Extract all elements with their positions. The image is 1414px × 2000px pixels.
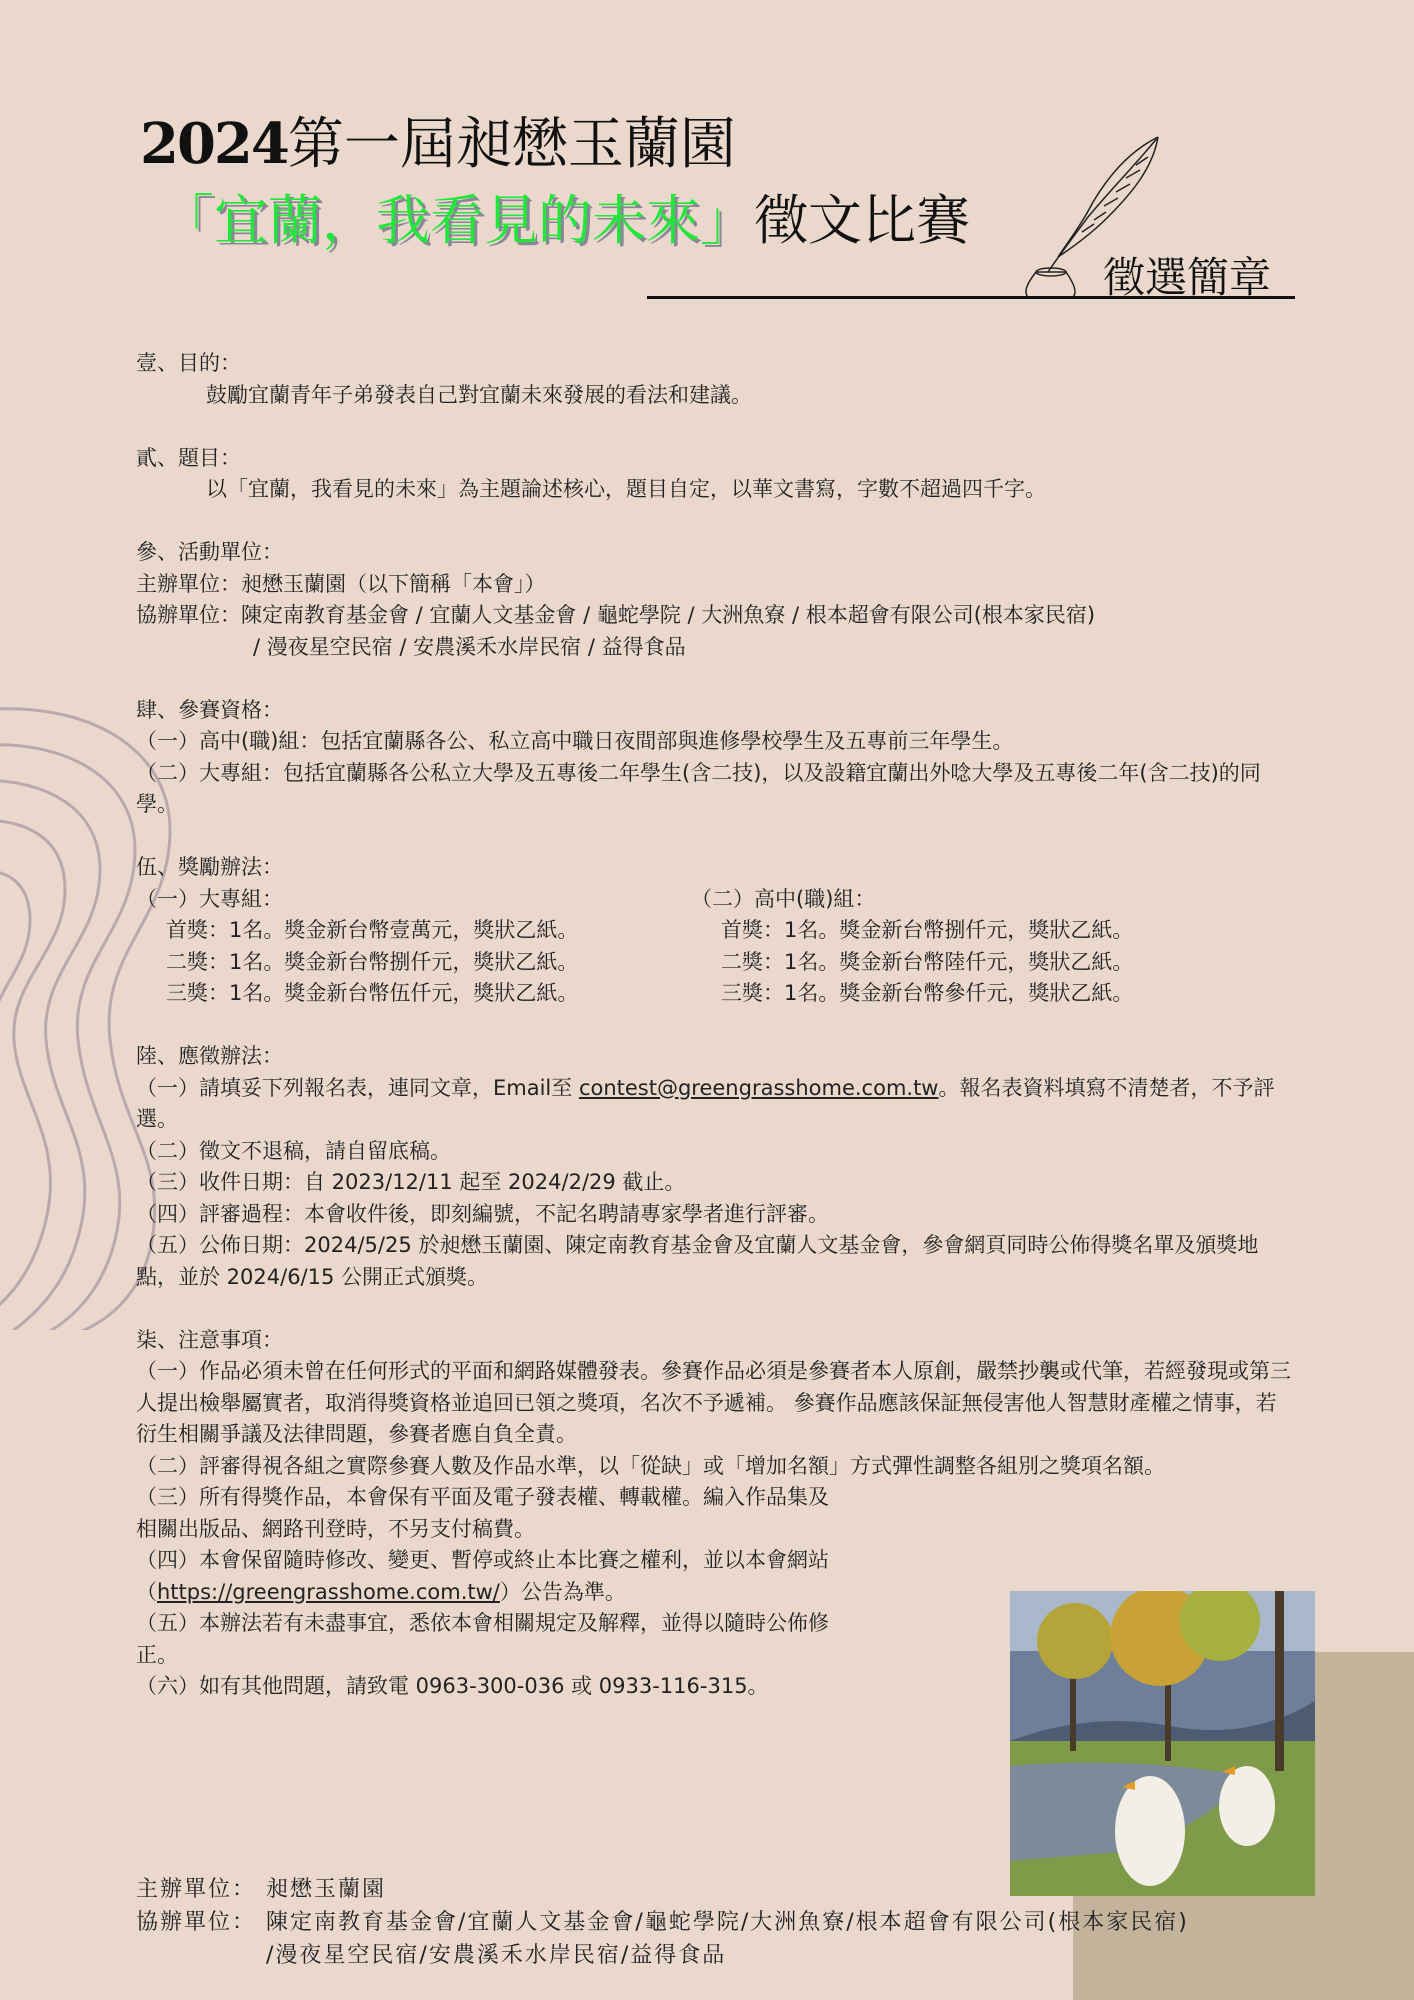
section-text: 鼓勵宜蘭青年子弟發表自己對宜蘭未來發展的看法和建議。 <box>136 380 1296 412</box>
notice-item-cont: 正。 <box>136 1640 926 1672</box>
notice-text: （ <box>136 1580 157 1604</box>
header-divider <box>647 296 1295 299</box>
footer-organizer-row: 主辦單位： 昶懋玉蘭園 <box>136 1873 1189 1906</box>
eligibility-item: （一）高中(職)組：包括宜蘭縣各公、私立高中職日夜間部與進修學校學生及五專前三年… <box>136 726 1296 758</box>
section-heading: 參、活動單位： <box>136 537 1296 569</box>
section-heading: 伍、獎勵辦法： <box>136 852 1296 884</box>
application-text: （一）請填妥下列報名表，連同文章，Email至 <box>136 1076 579 1100</box>
notice-item-cont: 相關出版品、網路刊登時，不另支付稿費。 <box>136 1514 926 1546</box>
prize-item: 首獎：1名。獎金新台幣捌仟元，獎狀乙紙。 <box>691 915 1246 947</box>
theme-title: 「宜蘭，我看見的未來」 <box>160 189 754 252</box>
page-title: 2024第一屆昶懋玉蘭園 <box>140 100 736 180</box>
notice-item: （一）作品必須未曾在任何形式的平面和網路媒體發表。參賽作品必須是參賽者本人原創，… <box>136 1356 1296 1451</box>
document-body: 壹、目的： 鼓勵宜蘭青年子弟發表自己對宜蘭未來發展的看法和建議。 貳、題目： 以… <box>136 348 1296 1703</box>
title-year: 2024 <box>140 111 288 177</box>
section-heading: 肆、參賽資格： <box>136 695 1296 727</box>
prize-item: 二獎：1名。獎金新台幣捌仟元，獎狀乙紙。 <box>136 947 691 979</box>
footer-co-organizer-label: 協辦單位： <box>136 1906 266 1939</box>
application-item: （一）請填妥下列報名表，連同文章，Email至 contest@greengra… <box>136 1073 1296 1136</box>
prize-group-highschool: （二）高中(職)組： 首獎：1名。獎金新台幣捌仟元，獎狀乙紙。 二獎：1名。獎金… <box>691 884 1246 1010</box>
footer-co-organizer-row: 協辦單位： 陳定南教育基金會/宜蘭人文基金會/龜蛇學院/大洲魚寮/根本超會有限公… <box>136 1906 1189 1939</box>
prize-group-label: （一）大專組： <box>136 884 691 916</box>
footer-co-organizer-names: 陳定南教育基金會/宜蘭人文基金會/龜蛇學院/大洲魚寮/根本超會有限公司(根本家民… <box>266 1906 1189 1939</box>
contest-label: 徵文比賽 <box>754 189 970 252</box>
section-heading: 陸、應徵辦法： <box>136 1041 1296 1073</box>
notice-item: （二）評審得視各組之實際參賽人數及作品水準，以「從缺」或「增加名額」方式彈性調整… <box>136 1451 1296 1483</box>
footer-co-organizer-names-cont: /漫夜星空民宿/安農溪禾水岸民宿/益得食品 <box>266 1939 726 1972</box>
prize-table: （一）大專組： 首獎：1名。獎金新台幣壹萬元，獎狀乙紙。 二獎：1名。獎金新台幣… <box>136 884 1296 1010</box>
section-text: 以「宜蘭，我看見的未來」為主題論述核心，題目自定，以華文書寫，字數不超過四千字。 <box>136 474 1296 506</box>
section-heading: 壹、目的： <box>136 348 1296 380</box>
prize-item: 二獎：1名。獎金新台幣陸仟元，獎狀乙紙。 <box>691 947 1246 979</box>
notice-item: （五）本辦法若有未盡事宜，悉依本會相關規定及解釋，並得以隨時公佈修 <box>136 1608 926 1640</box>
notice-item: （三）所有得獎作品，本會保有平面及電子發表權、轉載權。編入作品集及 <box>136 1482 926 1514</box>
application-item: （三）收件日期：自 2023/12/11 起至 2024/2/29 截止。 <box>136 1167 1296 1199</box>
footer-organizers: 主辦單位： 昶懋玉蘭園 協辦單位： 陳定南教育基金會/宜蘭人文基金會/龜蛇學院/… <box>136 1873 1189 1972</box>
page-subtitle: 「宜蘭，我看見的未來」徵文比賽 <box>160 178 970 255</box>
title-text: 第一屆昶懋玉蘭園 <box>288 112 736 177</box>
prize-group-label: （二）高中(職)組： <box>691 884 1246 916</box>
section-heading: 貳、題目： <box>136 443 1296 475</box>
notice-item: （四）本會保留隨時修改、變更、暫停或終止本比賽之權利，並以本會網站 <box>136 1545 926 1577</box>
footer-co-organizer-row-cont: /漫夜星空民宿/安農溪禾水岸民宿/益得食品 <box>136 1939 1189 1972</box>
application-item: （四）評審過程：本會收件後，即刻編號，不記名聘請專家學者進行評審。 <box>136 1199 1296 1231</box>
section-heading: 柒、注意事項： <box>136 1325 1296 1357</box>
application-item: （五）公佈日期：2024/5/25 於昶懋玉蘭園、陳定南教育基金會及宜蘭人文基金… <box>136 1230 1296 1293</box>
footer-organizer-name: 昶懋玉蘭園 <box>266 1873 386 1906</box>
contest-email-link[interactable]: contest@greengrasshome.com.tw <box>579 1076 939 1100</box>
organizer-text: 主辦單位：昶懋玉蘭園（以下簡稱「本會」） <box>136 569 1296 601</box>
notice-item-cont: （https://greengrasshome.com.tw/）公告為準。 <box>136 1577 926 1609</box>
prize-item: 三獎：1名。獎金新台幣參仟元，獎狀乙紙。 <box>691 978 1246 1010</box>
eligibility-item: （二）大專組：包括宜蘭縣各公私立大學及五專後二年學生(含二技)，以及設籍宜蘭出外… <box>136 758 1296 821</box>
ducks-by-pond-photo <box>1010 1591 1315 1896</box>
footer-organizer-label: 主辦單位： <box>136 1873 266 1906</box>
notice-item: （六）如有其他問題，請致電 0963-300-036 或 0933-116-31… <box>136 1671 926 1703</box>
co-organizer-text-cont: / 漫夜星空民宿 / 安農溪禾水岸民宿 / 益得食品 <box>136 632 1296 664</box>
prize-group-college: （一）大專組： 首獎：1名。獎金新台幣壹萬元，獎狀乙紙。 二獎：1名。獎金新台幣… <box>136 884 691 1010</box>
co-organizer-text: 協辦單位：陳定南教育基金會 / 宜蘭人文基金會 / 龜蛇學院 / 大洲魚寮 / … <box>136 600 1296 632</box>
notice-text: ）公告為準。 <box>500 1580 626 1604</box>
application-item: （二）徵文不退稿，請自留底稿。 <box>136 1136 1296 1168</box>
prize-item: 三獎：1名。獎金新台幣伍仟元，獎狀乙紙。 <box>136 978 691 1010</box>
website-link[interactable]: https://greengrasshome.com.tw/ <box>157 1580 500 1604</box>
prize-item: 首獎：1名。獎金新台幣壹萬元，獎狀乙紙。 <box>136 915 691 947</box>
